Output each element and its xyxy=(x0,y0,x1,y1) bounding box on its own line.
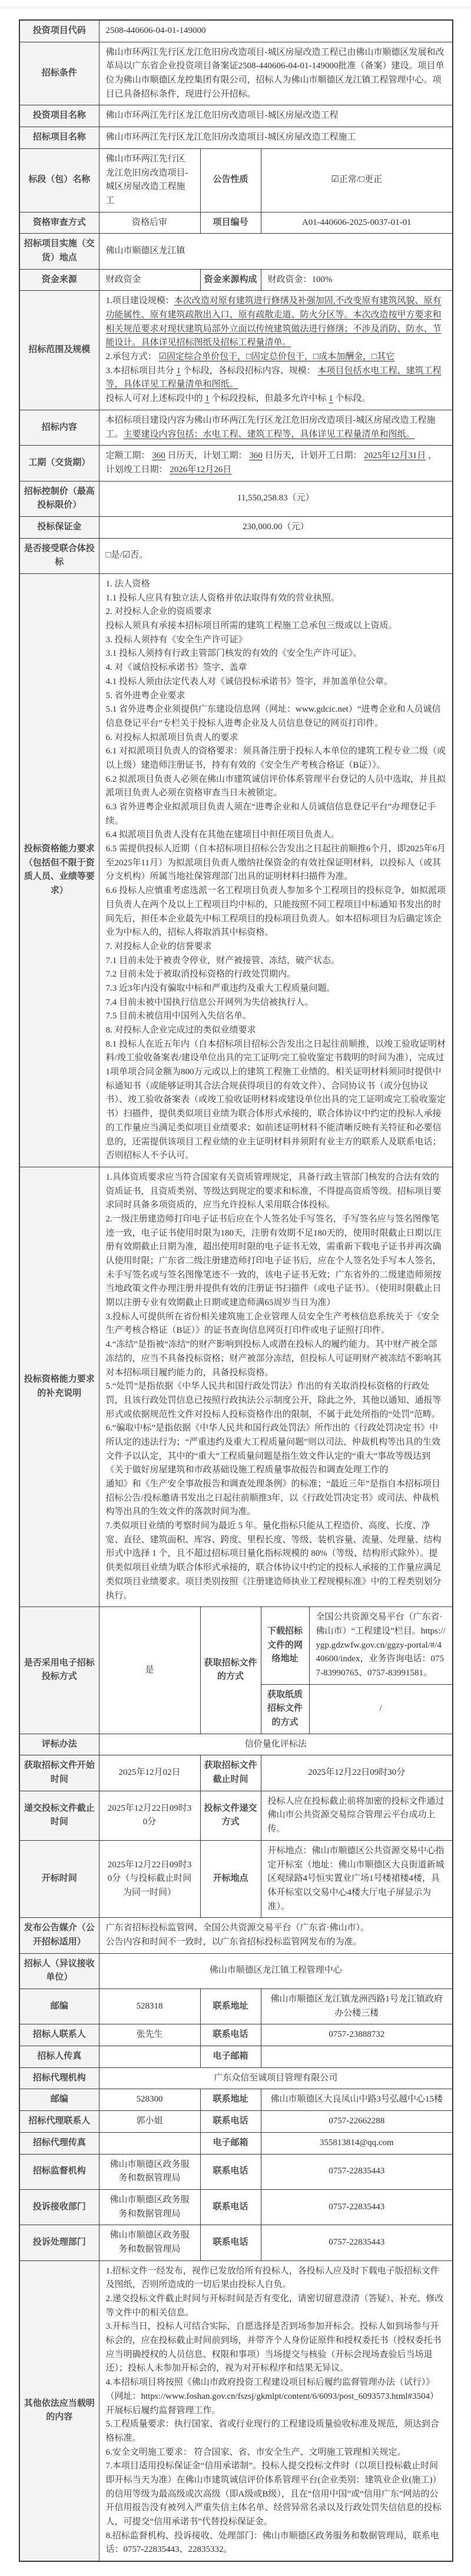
row-duration: 工期（交货期） 定额工期： 360 日历天，计划工期： 360 日历天，计划开工… xyxy=(19,446,453,481)
tenderer-phone-value: 0757-23888732 xyxy=(261,2024,453,2046)
tender-conditions-label: 招标条件 xyxy=(19,42,99,105)
bid-bond-value: 230,000.00（元） xyxy=(99,516,453,538)
row-bid-opening: 开标时间 2025年12月22日09时30分（与投标截止时间为同一时间） 开标地… xyxy=(19,1840,453,1917)
agency-postcode-label: 邮编 xyxy=(19,2089,99,2111)
row-announcement-media: 发布公告媒介（公开招标适用） 广东省招标投标监管网、全国公共资源交易平台（广东省… xyxy=(19,1918,453,1953)
tender-conditions-value: 佛山市环两江先行区龙江危旧房改造项目-城区房屋改造工程已由佛山市顺德区发展和改革… xyxy=(99,42,453,105)
complaint-handling-value: 佛山市顺德区政务服务和数据管理局 xyxy=(99,2225,200,2260)
funding-source-label: 资金来源 xyxy=(19,269,99,291)
announcement-media-value: 广东省招标投标监管网、全国公共资源交易平台（广东省·佛山市）。公告内容和时间不一… xyxy=(99,1918,453,1953)
row-section-package: 标段（包）名称 佛山市环两江先行区龙江危旧房改造项目-城区房屋改造工程施工 公告… xyxy=(19,148,453,212)
row-e-bidding: 是否采用电子招标投标方式 是 获取招标文件的方式 下载招标文件的网络地址 全国公… xyxy=(19,1607,453,1684)
row-submission: 递交投标文件截止时间 2025年12月22日09时30分 投标文件递交方式 投标… xyxy=(19,1791,453,1840)
evaluation-method-label: 评标办法 xyxy=(19,1734,99,1755)
complaint-reception-phone-value: 0757-22835443 xyxy=(261,2189,453,2225)
tenderer-value: 佛山市顺德区龙江镇工程管理中心 xyxy=(99,1953,453,1989)
row-qualification-review: 资格审查方式 资格后审 项目编号 A01-440606-2025-0037-01… xyxy=(19,212,453,234)
supplementary-notes-label: 投标资格能力要求的补充说明 xyxy=(19,1167,99,1606)
section-package-label: 标段（包）名称 xyxy=(19,148,99,212)
doc-deadline-value: 2025年12月22日09时30分 xyxy=(261,1755,453,1791)
submission-method-label: 投标文件递交方式 xyxy=(200,1791,261,1840)
row-agency-postcode: 邮编 528300 联系地址 佛山市顺德区大良凤山中路3号弘越中心15楼 xyxy=(19,2089,453,2111)
funding-composition-label: 资金来源构成 xyxy=(200,269,261,291)
row-other-notes: 其他依法应当载明的内容 1.招标文件一经发布，视作已发放给所有投标人，各投标人应… xyxy=(19,2260,453,2561)
tender-content-value: 本招标项目建设内容为佛山市环两江先行区龙江危旧房改造项目-城区房屋改造工程施工。… xyxy=(99,410,453,445)
row-agency-contact: 招标代理联系人 郭小姐 联系电话 0757-22662288 xyxy=(19,2111,453,2133)
supervision-value: 佛山市顺德区政务服务和数据管理局 xyxy=(99,2154,200,2189)
row-tender-conditions: 招标条件 佛山市环两江先行区龙江危旧房改造项目-城区房屋改造工程已由佛山市顺德区… xyxy=(19,42,453,105)
agency-address-value: 佛山市顺德区大良凤山中路3号弘越中心15楼 xyxy=(261,2089,453,2111)
doc-start-time-value: 2025年12月02日 xyxy=(99,1755,200,1791)
agency-contact-label: 招标代理联系人 xyxy=(19,2111,99,2133)
row-doc-obtain-time: 获取招标文件开始时间 2025年12月02日 获取招标文件截止时间 2025年1… xyxy=(19,1755,453,1791)
other-notes-label: 其他依法应当载明的内容 xyxy=(19,2260,99,2561)
row-consortium: 是否接受联合体投标 □是/☑否。 xyxy=(19,538,453,573)
submission-deadline-label: 递交投标文件截止时间 xyxy=(19,1791,99,1840)
row-invest-code: 投资项目代码 2508-440606-04-01-149000 xyxy=(19,20,453,42)
agency-email-value: 355813814@qq.com xyxy=(261,2132,453,2154)
complaint-handling-label: 投诉处理部门 xyxy=(19,2225,99,2260)
qualification-requirements-label: 投标资格能力要求（包括但不限于资质人员、业绩等要求） xyxy=(19,574,99,1167)
agency-postcode-value: 528300 xyxy=(99,2089,200,2111)
complaint-handling-phone-value: 0757-22835443 xyxy=(261,2225,453,2260)
tenderer-postcode-value: 528318 xyxy=(99,1989,200,2024)
complaint-reception-phone-label: 联系电话 xyxy=(200,2189,261,2225)
tenderer-contact-value: 张先生 xyxy=(99,2024,200,2046)
invest-name-value: 佛山市环两江先行区龙江危旧房改造项目-城区房屋改造工程 xyxy=(99,105,453,127)
row-implementation-site: 招标项目实施（交货）地点 佛山市顺德区龙江镇 xyxy=(19,234,453,269)
row-tenderer: 招标人（异议接收单位） 佛山市顺德区龙江镇工程管理中心 xyxy=(19,1953,453,1989)
download-address-value: 全国公共资源交易平台（广东省·佛山市）“工程建设”栏目。https://ygp.… xyxy=(309,1607,453,1684)
implementation-site-label: 招标项目实施（交货）地点 xyxy=(19,234,99,269)
complaint-handling-phone-label: 联系电话 xyxy=(200,2225,261,2260)
complaint-reception-value: 佛山市顺德区政务服务和数据管理局 xyxy=(99,2189,200,2225)
row-tenderer-contact: 招标人联系人 张先生 联系电话 0757-23888732 xyxy=(19,2024,453,2046)
row-tenderer-postcode: 邮编 528318 联系地址 佛山市顺德区龙江镇龙洲西路1号龙江镇政府办公楼三楼 xyxy=(19,1989,453,2024)
row-qualification-requirements: 投标资格能力要求（包括但不限于资质人员、业绩等要求） 1. 法人资格1.1 投标… xyxy=(19,574,453,1167)
tenderer-postcode-label: 邮编 xyxy=(19,1989,99,2024)
paper-doc-value: / xyxy=(309,1684,453,1734)
qualification-requirements-value: 1. 法人资格1.1 投标人应具有独立法人资格并依法取得有效的营业执照。2. 对… xyxy=(99,574,453,1167)
e-bidding-label: 是否采用电子招标投标方式 xyxy=(19,1607,99,1734)
agency-label: 招标代理机构 xyxy=(19,2067,99,2089)
project-number-label: 项目编号 xyxy=(200,212,261,234)
invest-code-value: 2508-440606-04-01-149000 xyxy=(99,20,453,42)
tenderer-contact-label: 招标人联系人 xyxy=(19,2024,99,2046)
implementation-site-value: 佛山市顺德区龙江镇 xyxy=(99,234,453,269)
row-evaluation-method: 评标办法 信价量化评标法 xyxy=(19,1734,453,1755)
row-project-name: 招标项目名称 佛山市环两江先行区龙江危旧房改造项目-城区房屋改造工程施工 xyxy=(19,127,453,149)
row-invest-name: 投资项目名称 佛山市环两江先行区龙江危旧房改造项目-城区房屋改造工程 xyxy=(19,105,453,127)
announcement-nature-label: 公告性质 xyxy=(200,148,261,212)
submission-deadline-value: 2025年12月22日09时30分 xyxy=(99,1791,200,1840)
agency-fax-value xyxy=(99,2132,200,2154)
tenderer-address-value: 佛山市顺德区龙江镇龙洲西路1号龙江镇政府办公楼三楼 xyxy=(261,1989,453,2024)
control-price-label: 招标控制价（最高投标限价） xyxy=(19,481,99,516)
row-funding-source: 资金来源 财政资金 资金来源构成 财政资金：100% xyxy=(19,269,453,291)
supervision-phone-label: 联系电话 xyxy=(200,2154,261,2189)
bid-opening-time-label: 开标时间 xyxy=(19,1840,99,1917)
consortium-label: 是否接受联合体投标 xyxy=(19,538,99,573)
row-complaint-reception: 投诉接收部门 佛山市顺德区政务服务和数据管理局 联系电话 0757-228354… xyxy=(19,2189,453,2225)
bid-opening-place-value: 开标地点：佛山市顺德区公共资源交易中心指定开标室（地址：佛山市顺德区大良街道新城… xyxy=(261,1840,453,1917)
doc-obtain-method-label: 获取招标文件的方式 xyxy=(200,1607,261,1734)
funding-composition-value: 财政资金：100% xyxy=(261,269,453,291)
agency-phone-value: 0757-22662288 xyxy=(261,2111,453,2133)
consortium-value: □是/☑否。 xyxy=(99,538,453,573)
qualification-review-label: 资格审查方式 xyxy=(19,212,99,234)
supplementary-notes-value: 1.具体资质要求应当符合国家有关资质管理规定，具备行政主管部门核发的合法有效的资… xyxy=(99,1167,453,1606)
row-tenderer-fax: 招标人传真 电子邮箱 xyxy=(19,2046,453,2068)
download-address-label: 下载招标文件的网络地址 xyxy=(261,1607,309,1684)
agency-email-label: 电子邮箱 xyxy=(200,2132,261,2154)
project-name-label: 招标项目名称 xyxy=(19,127,99,149)
tenderer-email-label: 电子邮箱 xyxy=(200,2046,261,2068)
evaluation-method-value: 信价量化评标法 xyxy=(99,1734,453,1755)
row-complaint-handling: 投诉处理部门 佛山市顺德区政务服务和数据管理局 联系电话 0757-228354… xyxy=(19,2225,453,2260)
supervision-label: 招标监督机构 xyxy=(19,2154,99,2189)
bid-opening-place-label: 开标地点 xyxy=(200,1840,261,1917)
doc-deadline-label: 获取招标文件截止时间 xyxy=(200,1755,261,1791)
row-scope: 招标范围及规模 1.项目建设规模：本次改造对原有建筑进行修缮及补强加固,不改变原… xyxy=(19,291,453,410)
bid-opening-time-value: 2025年12月22日09时30分（与投标截止时间为同一时间） xyxy=(99,1840,200,1917)
bid-bond-label: 投标保证金 xyxy=(19,516,99,538)
invest-code-label: 投资项目代码 xyxy=(19,20,99,42)
tender-content-label: 招标内容 xyxy=(19,410,99,445)
duration-label: 工期（交货期） xyxy=(19,446,99,481)
duration-value: 定额工期： 360 日历天，计划工期： 360 日历天，计划开工日期： 2025… xyxy=(99,446,453,481)
doc-start-time-label: 获取招标文件开始时间 xyxy=(19,1755,99,1791)
tenderer-email-value xyxy=(261,2046,453,2068)
submission-method-value: 投标人应在投标截止前将加密的投标文件通过佛山市公共资源交易综合管理云平台成功上传… xyxy=(261,1791,453,1840)
project-name-value: 佛山市环两江先行区龙江危旧房改造项目-城区房屋改造工程施工 xyxy=(99,127,453,149)
tender-announcement-table: 投资项目代码 2508-440606-04-01-149000 招标条件 佛山市… xyxy=(19,19,453,2562)
invest-name-label: 投资项目名称 xyxy=(19,105,99,127)
announcement-media-label: 发布公告媒介（公开招标适用） xyxy=(19,1918,99,1953)
tenderer-label: 招标人（异议接收单位） xyxy=(19,1953,99,1989)
row-supplementary-notes: 投标资格能力要求的补充说明 1.具体资质要求应当符合国家有关资质管理规定，具备行… xyxy=(19,1167,453,1606)
tenderer-fax-label: 招标人传真 xyxy=(19,2046,99,2068)
project-number-value: A01-440606-2025-0037-01-01 xyxy=(261,212,453,234)
control-price-value: 11,550,258.83（元） xyxy=(99,481,453,516)
tenderer-phone-label: 联系电话 xyxy=(200,2024,261,2046)
page-top-divider xyxy=(0,8,471,8)
row-control-price: 招标控制价（最高投标限价） 11,550,258.83（元） xyxy=(19,481,453,516)
row-supervision: 招标监督机构 佛山市顺德区政务服务和数据管理局 联系电话 0757-228354… xyxy=(19,2154,453,2189)
scope-label: 招标范围及规模 xyxy=(19,291,99,410)
agency-fax-label: 招标代理传真 xyxy=(19,2132,99,2154)
row-agency: 招标代理机构 广东众信至诚项目管理有限公司 xyxy=(19,2067,453,2089)
tenderer-fax-value xyxy=(99,2046,200,2068)
agency-phone-label: 联系电话 xyxy=(200,2111,261,2133)
funding-source-value: 财政资金 xyxy=(99,269,200,291)
other-notes-value: 1.招标文件一经发布，视作已发放给所有投标人，各投标人应及时下载电子版招标文件及… xyxy=(99,2260,453,2561)
tenderer-address-label: 联系地址 xyxy=(200,1989,261,2024)
qualification-review-value: 资格后审 xyxy=(99,212,200,234)
row-tender-content: 招标内容 本招标项目建设内容为佛山市环两江先行区龙江危旧房改造项目-城区房屋改造… xyxy=(19,410,453,445)
scope-value: 1.项目建设规模：本次改造对原有建筑进行修缮及补强加固,不改变原有建筑风貌、原有… xyxy=(99,291,453,410)
agency-contact-value: 郭小姐 xyxy=(99,2111,200,2133)
announcement-nature-value: ☑正常/□更正 xyxy=(261,148,453,212)
agency-address-label: 联系地址 xyxy=(200,2089,261,2111)
row-agency-fax: 招标代理传真 电子邮箱 355813814@qq.com xyxy=(19,2132,453,2154)
agency-value: 广东众信至诚项目管理有限公司 xyxy=(99,2067,453,2089)
complaint-reception-label: 投诉接收部门 xyxy=(19,2189,99,2225)
supervision-phone-value: 0757-22835443 xyxy=(261,2154,453,2189)
paper-doc-label: 获取纸质招标文件的方式 xyxy=(261,1684,309,1734)
row-bid-bond: 投标保证金 230,000.00（元） xyxy=(19,516,453,538)
e-bidding-value: 是 xyxy=(99,1607,200,1734)
section-package-value: 佛山市环两江先行区龙江危旧房改造项目-城区房屋改造工程施工 xyxy=(99,148,200,212)
